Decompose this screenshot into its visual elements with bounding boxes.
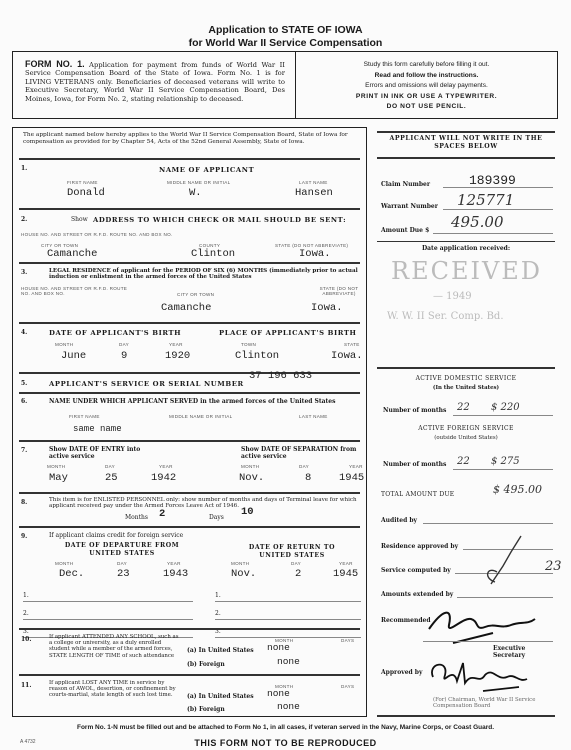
foreign-label: (b) Foreign <box>187 661 225 668</box>
return-day-field[interactable]: 2 <box>295 568 301 580</box>
lost-time-us-field[interactable]: none <box>267 688 290 699</box>
departure-month-field[interactable]: Dec. <box>59 568 84 580</box>
approved-by-label: Approved by <box>381 669 422 676</box>
departure-row-2[interactable]: 2. <box>23 600 193 620</box>
instruction-line: Study this form carefully before filling… <box>302 60 551 71</box>
year-label: YEAR <box>349 464 363 469</box>
received-stamp-board: W. W. II Ser. Comp. Bd. <box>387 311 504 322</box>
foreign-months-label: Number of months <box>383 461 446 468</box>
separation-day-field[interactable]: 8 <box>305 472 311 484</box>
departure-day-field[interactable]: 23 <box>117 568 130 580</box>
birth-day-field[interactable]: 9 <box>121 350 127 362</box>
year-label: YEAR <box>339 561 353 566</box>
middle-name-label: MIDDLE NAME OR INITIAL <box>169 414 233 419</box>
city-field[interactable]: Camanche <box>47 248 97 260</box>
section-school-attendance: 10. If applicant ATTENDED ANY SCHOOL, su… <box>19 628 360 672</box>
chairman-signature-icon <box>423 657 533 697</box>
section-name-of-applicant: 1. NAME OF APPLICANT FIRST NAME MIDDLE N… <box>19 158 360 206</box>
entry-date-title: Show DATE OF ENTRY into active service <box>49 446 159 460</box>
month-label: MONTH <box>241 464 259 469</box>
section-title: NAME OF APPLICANT <box>159 166 254 174</box>
residence-state-field[interactable]: Iowa. <box>311 302 343 314</box>
section-number: 6. <box>21 398 27 405</box>
document-title: Application to STATE OF IOWA <box>0 24 571 36</box>
section-number: 5. <box>21 380 27 387</box>
section-title: NAME UNDER WHICH APPLICANT SERVED in the… <box>49 398 369 405</box>
state-label: STATE <box>344 342 360 347</box>
form-label: FORM NO. 1. <box>25 59 85 69</box>
middle-name-label: MIDDLE NAME OR INITIAL <box>167 180 231 185</box>
received-stamp-date: — 1949 <box>433 291 472 302</box>
instruction-line: Errors and omissions will delay payments… <box>302 81 551 92</box>
audited-by-label: Audited by <box>381 517 417 524</box>
foreign-service-subtitle: (outside United States) <box>377 435 555 442</box>
section-number: 9. <box>21 533 27 540</box>
domestic-months-label: Number of months <box>383 407 446 414</box>
application-form: The applicant named below hereby applies… <box>12 127 367 717</box>
section-title: This item is for ENLISTED PERSONNEL only… <box>49 497 369 510</box>
first-name-label: FIRST NAME <box>67 180 98 185</box>
section-number: 10. <box>21 636 31 643</box>
first-name-field[interactable]: Donald <box>67 187 105 199</box>
birth-year-field[interactable]: 1920 <box>165 350 190 362</box>
days-label: DAYS <box>341 638 354 643</box>
month-label: MONTH <box>55 342 73 347</box>
town-label: TOWN <box>241 342 256 347</box>
school-foreign-field[interactable]: none <box>277 656 300 667</box>
return-month-field[interactable]: Nov. <box>231 568 256 580</box>
section-service-dates: 7. Show DATE OF ENTRY into active servic… <box>19 440 360 490</box>
entry-year-field[interactable]: 1942 <box>151 472 176 484</box>
separation-year-field[interactable]: 1945 <box>339 472 364 484</box>
row-number: 2. <box>23 610 29 617</box>
state-label: STATE (DO NOT ABBREVIATE) <box>309 286 369 296</box>
warrant-number-field[interactable]: 125771 <box>457 191 514 209</box>
header-box: FORM NO. 1. Application for payment from… <box>12 51 558 119</box>
street-label: HOUSE NO. AND STREET OR R.F.D. ROUTE NO.… <box>21 286 131 296</box>
street-label: HOUSE NO. AND STREET OR R.F.D. ROUTE NO.… <box>21 232 173 237</box>
form-description-panel: FORM NO. 1. Application for payment from… <box>13 52 296 118</box>
section-number: 2. <box>21 216 27 223</box>
departure-year-field[interactable]: 1943 <box>163 568 188 580</box>
section-serial-number: 5. APPLICANT'S SERVICE OR SERIAL NUMBER … <box>19 372 360 392</box>
warrant-number-label: Warrant Number <box>381 203 438 210</box>
section-title: APPLICANT'S SERVICE OR SERIAL NUMBER <box>49 380 244 388</box>
section-number: 3. <box>21 269 27 276</box>
claim-number-field[interactable]: 189399 <box>469 173 516 188</box>
middle-name-field[interactable]: W. <box>189 187 202 199</box>
row-number: 1. <box>23 592 29 599</box>
section-number: 11. <box>21 682 31 689</box>
year-label: YEAR <box>169 342 183 347</box>
claim-number-label: Claim Number <box>381 181 430 188</box>
month-label: MONTH <box>47 464 65 469</box>
foreign-label: (b) Foreign <box>187 706 225 713</box>
section-title: LEGAL RESIDENCE of applicant for the PER… <box>49 268 359 281</box>
reproduction-warning: THIS FORM NOT TO BE REPRODUCED <box>0 738 571 748</box>
section-foreign-service: 9. If applicant claims credit for foreig… <box>19 526 360 632</box>
return-year-field[interactable]: 1945 <box>333 568 358 580</box>
day-label: DAY <box>117 561 127 566</box>
us-label: (a) In United States <box>187 693 254 700</box>
months-label: Months <box>125 514 148 521</box>
section-title: If applicant ATTENDED ANY SCHOOL, such a… <box>49 634 179 659</box>
foreign-months-field[interactable]: 22 <box>457 456 470 467</box>
section-mailing-address: 2. Show ADDRESS TO WHICH CHECK OR MAIL S… <box>19 208 360 260</box>
entry-month-field[interactable]: May <box>49 472 68 484</box>
section-title: If applicant LOST ANY TIME in service by… <box>49 680 179 699</box>
city-label: CITY OR TOWN <box>177 292 214 297</box>
section-terminal-leave: 8. This item is for ENLISTED PERSONNEL o… <box>19 492 360 524</box>
residence-city-field[interactable]: Camanche <box>161 302 211 314</box>
instructions-panel: Study this form carefully before filling… <box>296 52 557 118</box>
days-label: Days <box>209 514 224 521</box>
instruction-line: PRINT IN INK OR USE A TYPEWRITER. <box>302 92 551 103</box>
departure-title: DATE OF DEPARTURE FROM UNITED STATES <box>57 542 187 557</box>
row-number: 1. <box>215 592 221 599</box>
domestic-service-subtitle: (In the United States) <box>377 385 555 392</box>
footer-note: Form No. 1-N must be filled out and be a… <box>0 724 571 731</box>
us-label: (a) In United States <box>187 647 254 654</box>
total-amount-field[interactable]: $ 495.00 <box>493 483 542 496</box>
last-name-label: LAST NAME <box>299 414 328 419</box>
chairman-label: (For) Chairman, World War II Service Com… <box>433 697 555 709</box>
instruction-line: Read and follow the instructions. <box>302 71 551 82</box>
day-label: DAY <box>291 561 301 566</box>
document-subtitle: for World War II Service Compensation <box>0 37 571 49</box>
section-birth: 4. DATE OF APPLICANT'S BIRTH PLACE OF AP… <box>19 322 360 370</box>
section-number: 1. <box>21 165 27 172</box>
domestic-service-title: ACTIVE DOMESTIC SERVICE <box>377 375 555 382</box>
total-amount-label: TOTAL AMOUNT DUE <box>381 491 454 498</box>
lost-time-foreign-field[interactable]: none <box>277 701 300 712</box>
return-row-2[interactable]: 2. <box>215 600 361 620</box>
amount-due-label: Amount Due $ <box>381 227 429 234</box>
departure-row-1[interactable]: 1. <box>23 582 193 602</box>
section-lost-time: 11. If applicant LOST ANY TIME in servic… <box>19 674 360 714</box>
last-name-label: LAST NAME <box>299 180 328 185</box>
instruction-line: DO NOT USE PENCIL. <box>302 102 551 113</box>
month-label: MONTH <box>55 561 73 566</box>
service-computed-mark: 23 <box>545 559 562 574</box>
amount-due-field[interactable]: 495.00 <box>451 213 504 231</box>
first-name-label: FIRST NAME <box>69 414 100 419</box>
domestic-months-field[interactable]: 22 <box>457 402 470 413</box>
received-stamp: RECEIVED <box>391 257 542 285</box>
section-number: 4. <box>21 329 27 336</box>
day-label: DAY <box>119 342 129 347</box>
domestic-amount-field[interactable]: $ 220 <box>491 402 520 413</box>
separation-month-field[interactable]: Nov. <box>239 472 264 484</box>
amounts-extended-label: Amounts extended by <box>381 591 453 598</box>
year-label: YEAR <box>159 464 173 469</box>
birth-town-field[interactable]: Clinton <box>235 350 279 362</box>
entry-day-field[interactable]: 25 <box>105 472 118 484</box>
service-computed-label: Service computed by <box>381 567 451 574</box>
serial-number-field[interactable]: 37 196 633 <box>249 370 312 382</box>
intro-text: The applicant named below hereby applies… <box>23 132 359 145</box>
section-number: 7. <box>21 447 27 454</box>
row-number: 2. <box>215 610 221 617</box>
days-label: DAYS <box>341 684 354 689</box>
month-label: MONTH <box>231 561 249 566</box>
section-prefix: Show <box>71 216 88 223</box>
date-received-label: Date application received: <box>377 245 555 252</box>
return-title: DATE OF RETURN TO UNITED STATES <box>237 544 347 559</box>
separation-date-title: Show DATE OF SEPARATION from active serv… <box>241 446 371 460</box>
service-name-field[interactable]: same name <box>73 424 122 434</box>
county-field[interactable]: Clinton <box>191 248 235 260</box>
office-use-panel: APPLICANT WILL NOT WRITE IN THE SPACES B… <box>373 127 558 717</box>
birth-month-field[interactable]: June <box>61 350 86 362</box>
office-use-heading: APPLICANT WILL NOT WRITE IN THE SPACES B… <box>377 135 555 151</box>
section-number: 8. <box>21 499 27 506</box>
foreign-amount-field[interactable]: $ 275 <box>491 456 520 467</box>
section-title: PLACE OF APPLICANT'S BIRTH <box>219 329 357 337</box>
day-label: DAY <box>105 464 115 469</box>
return-row-1[interactable]: 1. <box>215 582 361 602</box>
leave-months-field[interactable]: 2 <box>159 508 165 520</box>
birth-state-field[interactable]: Iowa. <box>331 350 363 362</box>
day-label: DAY <box>299 464 309 469</box>
section-title: ADDRESS TO WHICH CHECK OR MAIL SHOULD BE… <box>93 216 346 224</box>
section-service-name: 6. NAME UNDER WHICH APPLICANT SERVED in … <box>19 392 360 438</box>
leave-days-field[interactable]: 10 <box>241 506 254 518</box>
foreign-service-title: ACTIVE FOREIGN SERVICE <box>377 425 555 432</box>
section-title: DATE OF APPLICANT'S BIRTH <box>49 329 181 337</box>
section-title: If applicant claims credit for foreign s… <box>49 532 183 539</box>
school-us-field[interactable]: none <box>267 642 290 653</box>
residence-approved-label: Residence approved by <box>381 543 458 550</box>
section-legal-residence: 3. LEGAL RESIDENCE of applicant for the … <box>19 262 360 320</box>
initials-mark-icon <box>473 532 533 592</box>
last-name-field[interactable]: Hansen <box>295 187 333 199</box>
state-field[interactable]: Iowa. <box>299 248 331 260</box>
year-label: YEAR <box>167 561 181 566</box>
